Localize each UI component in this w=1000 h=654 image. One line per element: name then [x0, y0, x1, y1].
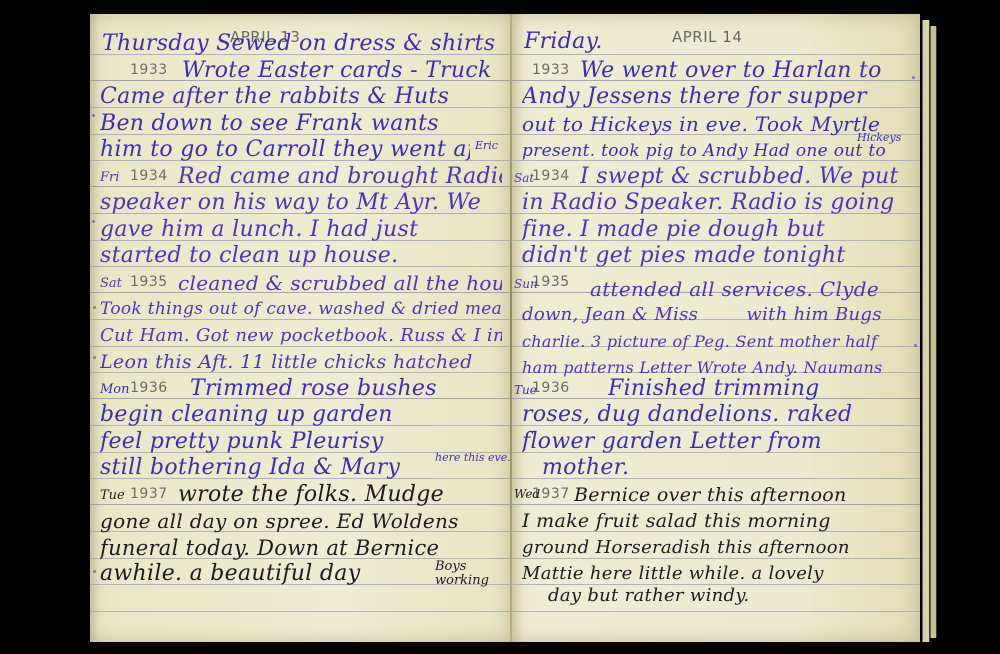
- day-prefix: Fri: [100, 172, 119, 184]
- page-stack-edge: [930, 26, 937, 638]
- handwritten-line: present. took pig to Andy Had one out to: [522, 138, 912, 164]
- year-label: 1936: [532, 380, 570, 396]
- handwritten-line: I swept & scrubbed. We put: [580, 164, 912, 190]
- day-prefix: Tue: [100, 490, 125, 502]
- handwritten-line: started to clean up house.: [100, 243, 502, 269]
- handwritten-line: wrote the folks. Mudge: [178, 482, 502, 508]
- handwritten-line: ground Horseradish this afternoon: [522, 535, 912, 561]
- handwritten-line: funeral today. Down at Bernice: [100, 535, 502, 561]
- year-label: 1933: [130, 62, 168, 78]
- handwritten-line: Thursday Sewed on dress & shirts: [102, 31, 502, 57]
- handwritten-line: Andy Jessens there for supper: [522, 84, 912, 110]
- handwritten-line: Leon this Aft. 11 little chicks hatched: [100, 349, 502, 375]
- handwritten-line: out to Hickeys in eve. Took Myrtle: [522, 111, 912, 137]
- handwritten-line: him to go to Carroll they went aft.: [100, 137, 470, 163]
- handwritten-line: still bothering Ida & Mary: [100, 455, 470, 481]
- handwritten-line: fine. I made pie dough but: [522, 217, 912, 243]
- year-label: 1934: [130, 168, 168, 184]
- handwritten-line: attended all services. Clyde: [590, 276, 912, 302]
- handwritten-line: in Radio Speaker. Radio is going: [522, 190, 912, 216]
- handwritten-line: Ben down to see Frank wants: [100, 111, 502, 137]
- handwritten-line: Came after the rabbits & Huts: [100, 84, 502, 110]
- handwritten-line: awhile. a beautiful day: [100, 561, 430, 587]
- handwritten-line: speaker on his way to Mt Ayr. We: [100, 190, 502, 216]
- day-prefix: Sat: [514, 172, 534, 184]
- handwritten-line: Trimmed rose bushes: [190, 376, 502, 402]
- year-label: 1936: [130, 380, 168, 396]
- handwritten-line: Red came and brought Radio: [178, 164, 502, 190]
- handwritten-line: mother.: [542, 455, 912, 481]
- year-label: 1937: [130, 486, 168, 502]
- handwritten-line: Finished trimming: [608, 376, 912, 402]
- day-prefix: Mon: [100, 384, 130, 396]
- diary-book: APRIL 13 Thursday Sewed on dress & shirt…: [82, 8, 942, 648]
- day-prefix: Tue: [514, 384, 537, 396]
- handwritten-line: flower garden Letter from: [522, 429, 912, 455]
- marginal-note: Hickeys: [857, 132, 901, 144]
- handwritten-line: gone all day on spree. Ed Woldens: [100, 508, 502, 534]
- year-label: 1933: [532, 62, 570, 78]
- handwritten-line: We went over to Harlan to: [580, 58, 912, 84]
- handwritten-line: begin cleaning up garden: [100, 402, 502, 428]
- date-header: APRIL 14: [672, 28, 742, 46]
- right-page: APRIL 14 Friday. 1933 We went over to Ha…: [512, 14, 920, 642]
- handwritten-line: gave him a lunch. I had just: [100, 217, 502, 243]
- page-stack-edge: [922, 20, 930, 642]
- marginal-note: Boys working: [435, 560, 495, 588]
- handwritten-line: cleaned & scrubbed all the house: [178, 270, 502, 296]
- handwritten-line: Wrote Easter cards - Truck: [182, 58, 502, 84]
- marginal-note: here this eve.: [435, 452, 511, 464]
- handwritten-line: day but rather windy.: [548, 583, 912, 609]
- handwritten-line: Bernice over this afternoon: [574, 482, 912, 508]
- handwritten-line: I make fruit salad this morning: [522, 508, 912, 534]
- day-prefix: Sat: [100, 278, 122, 290]
- year-label: 1935: [130, 274, 168, 290]
- handwritten-line: down, Jean & Miss with him Bugs: [522, 302, 912, 328]
- year-label: 1934: [532, 168, 570, 184]
- day-prefix: Sun: [514, 278, 538, 290]
- day-of-week: Friday.: [524, 29, 644, 55]
- handwritten-line: roses, dug dandelions. raked: [522, 402, 912, 428]
- handwritten-line: Took things out of cave. washed & dried …: [100, 296, 502, 322]
- handwritten-line: didn't get pies made tonight: [522, 243, 912, 269]
- handwritten-line: charlie. 3 picture of Peg. Sent mother h…: [522, 329, 912, 355]
- day-prefix: Wed: [514, 488, 540, 500]
- handwritten-line: Cut Ham. Got new pocketbook. Russ & I in: [100, 323, 502, 349]
- left-page: APRIL 13 Thursday Sewed on dress & shirt…: [90, 14, 511, 642]
- marginal-note: Eric: [475, 140, 498, 152]
